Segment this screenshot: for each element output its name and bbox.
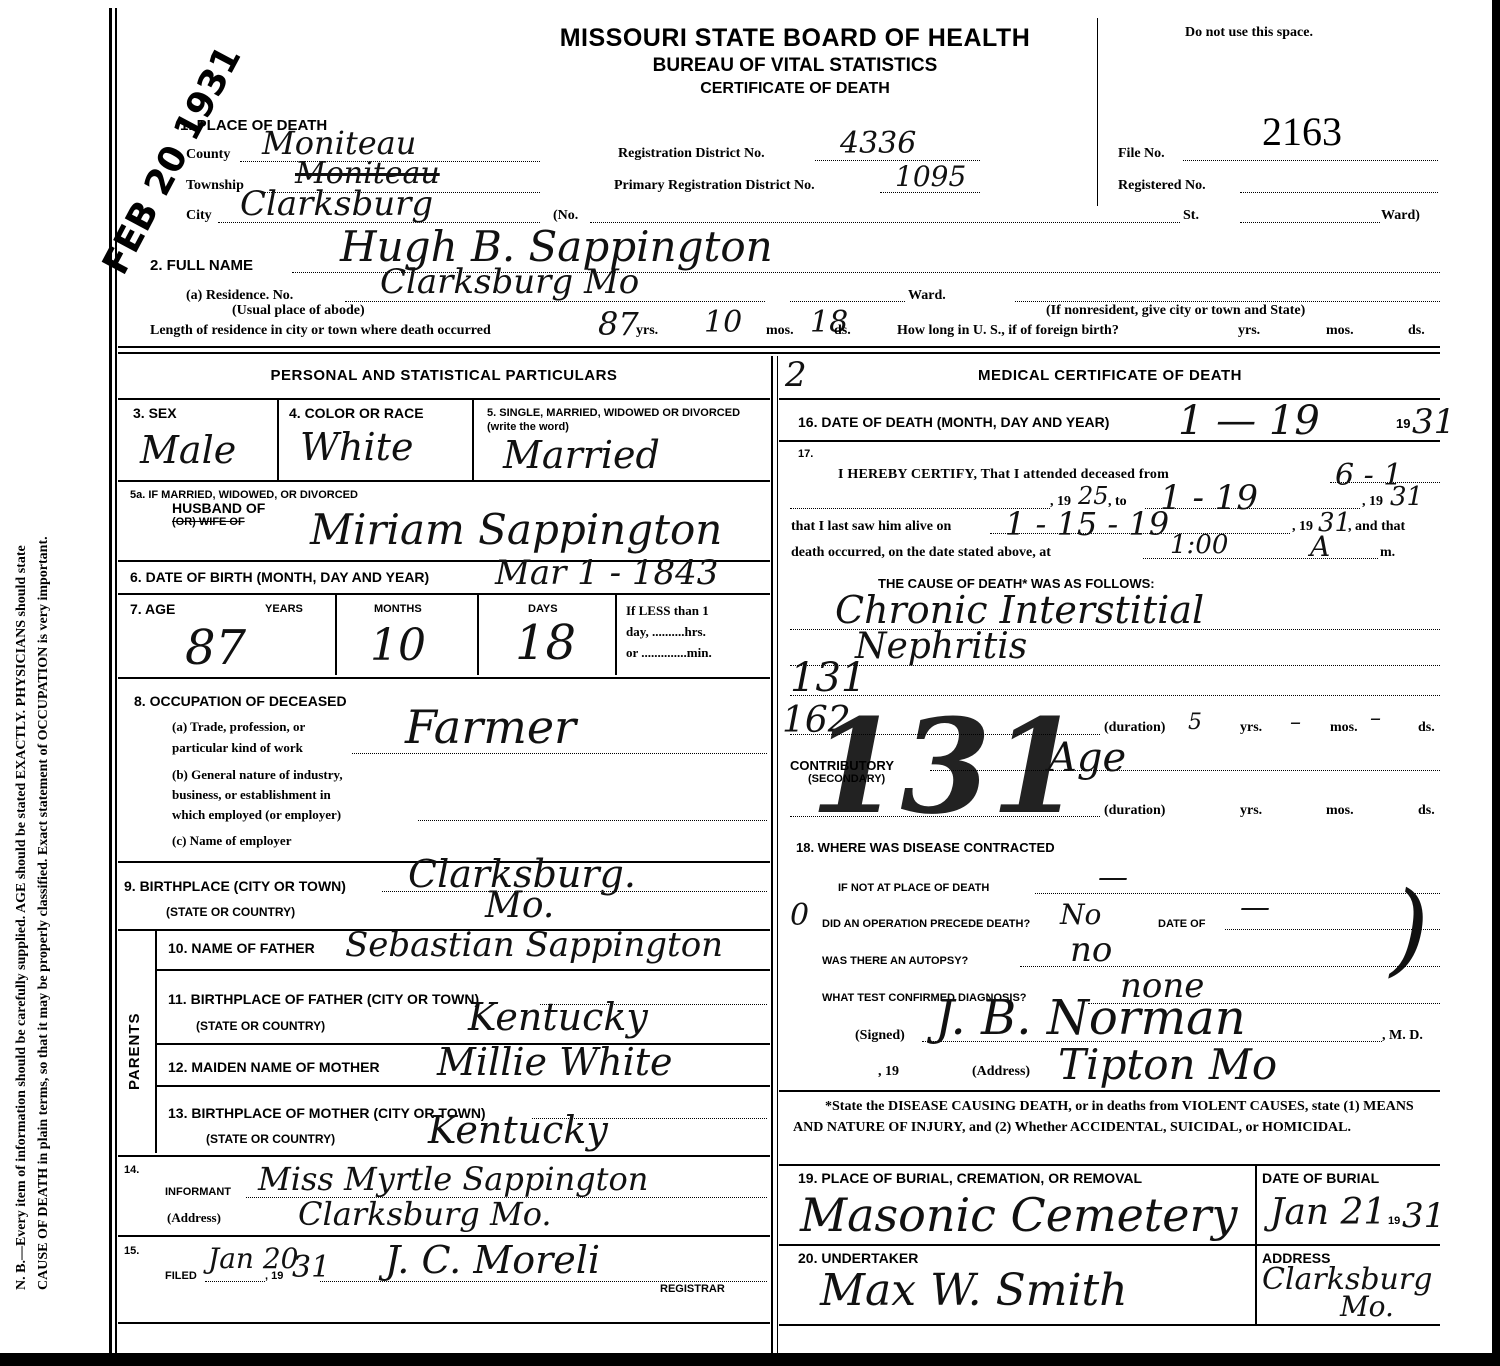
row-rule-7 bbox=[157, 969, 770, 971]
cause-line-2 bbox=[790, 665, 1440, 666]
medical-section-title: MEDICAL CERTIFICATE OF DEATH bbox=[780, 367, 1440, 384]
margin-note-line2: CAUSE OF DEATH in plain terms, so that i… bbox=[36, 536, 52, 1290]
medical-title-rule bbox=[779, 398, 1440, 400]
md-label: , M. D. bbox=[1382, 1028, 1423, 1044]
bureau-subtitle: BUREAU OF VITAL STATISTICS bbox=[500, 55, 1090, 77]
burial-place-label: 19. PLACE OF BURIAL, CREMATION, OR REMOV… bbox=[798, 1170, 1142, 1186]
certify-text: I HEREBY CERTIFY, That I attended deceas… bbox=[838, 467, 1169, 483]
duration-label-2: (duration) bbox=[1104, 803, 1165, 819]
divider-rule-2 bbox=[118, 352, 1440, 354]
duration-line-2 bbox=[790, 816, 1100, 817]
duration-ds-label-2: ds. bbox=[1418, 803, 1435, 819]
birthplace-state-label: (STATE OR COUNTRY) bbox=[166, 905, 295, 919]
length-yrs-value[interactable]: 87 bbox=[598, 305, 639, 343]
occupation-label: 8. OCCUPATION OF DECEASED bbox=[134, 693, 347, 709]
occ-b-label-2: business, or establishment in bbox=[172, 787, 331, 803]
occ-a-label-2: particular kind of work bbox=[172, 740, 303, 756]
parents-divider bbox=[155, 931, 157, 1153]
sex-label: 3. SEX bbox=[133, 405, 177, 421]
residence-ward-line bbox=[790, 301, 905, 302]
occ-b-line bbox=[418, 820, 767, 821]
divider-rule-1 bbox=[118, 346, 1440, 348]
page-title: MISSOURI STATE BOARD OF HEALTH bbox=[500, 24, 1090, 53]
foreign-yrs-label: yrs. bbox=[1238, 323, 1260, 339]
scan-border-bottom bbox=[0, 1353, 1500, 1366]
duration-yrs-value[interactable]: 5 bbox=[1188, 710, 1202, 735]
signed-year-prefix: , 19 bbox=[878, 1064, 899, 1080]
frame-left-inner-border bbox=[115, 8, 117, 1353]
filed-label: FILED bbox=[165, 1270, 197, 1282]
dod-value[interactable]: 1 — 19 bbox=[1178, 398, 1320, 444]
dod-year-prefix: 19 bbox=[1396, 416, 1410, 431]
father-name-label: 10. NAME OF FATHER bbox=[168, 940, 315, 956]
reg-district-value[interactable]: 4336 bbox=[840, 126, 916, 161]
duration-yrs-label-2: yrs. bbox=[1240, 803, 1262, 819]
column-divider bbox=[771, 356, 773, 1356]
contributory-value[interactable]: Age bbox=[1048, 735, 1126, 781]
residence-value[interactable]: Clarksburg Mo bbox=[380, 262, 639, 302]
medical-rule-1 bbox=[779, 440, 1440, 442]
row-rule-4 bbox=[118, 677, 770, 679]
filed-num: 15. bbox=[124, 1245, 139, 1257]
length-residence-label: Length of residence in city or town wher… bbox=[150, 323, 491, 339]
personal-section-title: PERSONAL AND STATISTICAL PARTICULARS bbox=[118, 367, 770, 384]
autopsy-value[interactable]: no bbox=[1070, 930, 1112, 970]
length-mos-label: mos. bbox=[766, 323, 794, 339]
father-bp-value[interactable]: Kentucky bbox=[468, 995, 648, 1039]
operation-label: DID AN OPERATION PRECEDE DEATH? bbox=[822, 918, 1030, 930]
form-name: CERTIFICATE OF DEATH bbox=[500, 80, 1090, 98]
burial-date-label: DATE OF BURIAL bbox=[1262, 1170, 1379, 1186]
sex-value[interactable]: Male bbox=[140, 428, 236, 472]
foreign-mos-label: mos. bbox=[1326, 323, 1354, 339]
signed-label: (Signed) bbox=[855, 1028, 905, 1044]
length-ds-label: ds. bbox=[834, 323, 851, 339]
do-not-use-note: Do not use this space. bbox=[1185, 25, 1313, 41]
burial-date-value[interactable]: Jan 21 bbox=[1270, 1192, 1386, 1233]
if-not-line bbox=[1035, 893, 1440, 894]
st-label: St. bbox=[1183, 208, 1199, 224]
undertaker-label: 20. UNDERTAKER bbox=[798, 1250, 918, 1266]
filed-date-line bbox=[205, 1281, 265, 1282]
age-months-divider bbox=[477, 595, 479, 675]
dod-label: 16. DATE OF DEATH (MONTH, DAY AND YEAR) bbox=[798, 414, 1109, 430]
father-name-value[interactable]: Sebastian Sappington bbox=[345, 925, 723, 965]
secondary-label: (SECONDARY) bbox=[808, 773, 885, 785]
occ-b-label-1: (b) General nature of industry, bbox=[172, 767, 343, 783]
residence-ward-label: Ward. bbox=[908, 288, 946, 304]
nonresident-note: (If nonresident, give city or town and S… bbox=[1046, 303, 1305, 319]
form-header: MISSOURI STATE BOARD OF HEALTH BUREAU OF… bbox=[500, 24, 1090, 98]
physician-address-value[interactable]: Tipton Mo bbox=[1058, 1040, 1277, 1089]
last-saw-value[interactable]: 1 - 15 - 19 bbox=[1005, 505, 1169, 543]
spouse-label-2: HUSBAND OF bbox=[172, 500, 265, 516]
file-no-value[interactable]: 2163 bbox=[1262, 108, 1342, 155]
age-days-value[interactable]: 18 bbox=[515, 615, 576, 671]
birthplace-label: 9. BIRTHPLACE (CITY OR TOWN) bbox=[124, 878, 346, 894]
race-label: 4. COLOR OR RACE bbox=[289, 405, 424, 421]
dob-value[interactable]: Mar 1 - 1843 bbox=[495, 553, 718, 593]
age-months-value[interactable]: 10 bbox=[370, 620, 426, 671]
certify-num: 17. bbox=[798, 448, 813, 460]
residence-sublabel: (Usual place of abode) bbox=[232, 303, 365, 319]
death-ampm-value[interactable]: A bbox=[1310, 530, 1330, 563]
occ-a-label-1: (a) Trade, profession, or bbox=[172, 719, 305, 735]
informant-value[interactable]: Miss Myrtle Sappington bbox=[258, 1160, 648, 1198]
age-days-label: DAYS bbox=[528, 603, 558, 615]
where-contracted-label: 18. WHERE WAS DISEASE CONTRACTED bbox=[796, 840, 1055, 855]
less-label-2: day, ..........hrs. bbox=[626, 621, 712, 642]
attended-to-year[interactable]: 31 bbox=[1390, 482, 1423, 512]
personal-title-rule bbox=[118, 398, 770, 400]
filed-year-prefix: , 19 bbox=[265, 1270, 283, 1282]
burial-date-year[interactable]: 31 bbox=[1402, 1196, 1445, 1236]
full-name-label: 2. FULL NAME bbox=[150, 257, 253, 274]
autopsy-label: WAS THERE AN AUTOPSY? bbox=[822, 955, 968, 967]
foreign-birth-label: How long in U. S., if of foreign birth? bbox=[897, 323, 1119, 339]
county-label: County bbox=[186, 147, 230, 163]
burial-bottom-rule bbox=[779, 1324, 1440, 1326]
physician-address-label: (Address) bbox=[972, 1064, 1030, 1080]
duration-yrs-label: yrs. bbox=[1240, 720, 1262, 736]
last-saw-label: that I last saw him alive on bbox=[791, 519, 951, 535]
burial-divider bbox=[1255, 1166, 1257, 1326]
mother-bp-value[interactable]: Kentucky bbox=[428, 1108, 608, 1152]
m-label: m. bbox=[1380, 545, 1395, 561]
attended-to-value[interactable]: 1 - 19 bbox=[1160, 478, 1258, 518]
age-years-label: YEARS bbox=[265, 603, 303, 615]
marital-label: 5. SINGLE, MARRIED, WIDOWED OR DIVORCED … bbox=[487, 406, 757, 434]
contributory-label: CONTRIBUTORY bbox=[790, 758, 894, 773]
if-not-label: IF NOT AT PLACE OF DEATH bbox=[838, 882, 989, 894]
less-than-day-block: If LESS than 1 day, ..........hrs. or ..… bbox=[626, 600, 712, 663]
parents-side-label: PARENTS bbox=[126, 1012, 143, 1090]
residence-label: (a) Residence. No. bbox=[186, 288, 293, 304]
occ-c-label: (c) Name of employer bbox=[172, 833, 291, 849]
duration-label-1: (duration) bbox=[1104, 720, 1165, 736]
ward-label: Ward) bbox=[1381, 208, 1420, 224]
less-label-1: If LESS than 1 bbox=[626, 600, 712, 621]
duration-ds-label: ds. bbox=[1418, 720, 1435, 736]
primary-district-label: Primary Registration District No. bbox=[614, 178, 815, 194]
length-mos-value[interactable]: 10 bbox=[704, 305, 742, 340]
duration-mos-label-2: mos. bbox=[1326, 803, 1354, 819]
burial-rule bbox=[779, 1244, 1440, 1246]
reg-district-label: Registration District No. bbox=[618, 146, 765, 162]
duration-ds-value[interactable]: – bbox=[1370, 706, 1381, 731]
race-marital-divider bbox=[472, 400, 474, 480]
cause-value-2[interactable]: Nephritis bbox=[855, 626, 1027, 667]
row-rule-9 bbox=[157, 1085, 770, 1087]
death-time-value[interactable]: 1:00 bbox=[1170, 530, 1228, 560]
registrar-signature[interactable]: J. C. Moreli bbox=[385, 1238, 600, 1282]
burial-place-value[interactable]: Masonic Cemetery bbox=[800, 1188, 1238, 1242]
margin-mark: 0 bbox=[790, 898, 809, 933]
mother-name-label: 12. MAIDEN NAME OF MOTHER bbox=[168, 1059, 380, 1075]
foreign-ds-label: ds. bbox=[1408, 323, 1425, 339]
primary-district-value[interactable]: 1095 bbox=[895, 160, 966, 193]
contributory-line bbox=[930, 770, 1440, 771]
file-no-label: File No. bbox=[1118, 146, 1165, 162]
age-years-divider bbox=[335, 595, 337, 675]
birthplace-state-value[interactable]: Mo. bbox=[485, 885, 554, 926]
frame-left-border bbox=[109, 8, 112, 1353]
marital-value[interactable]: Married bbox=[503, 433, 660, 477]
sex-race-divider bbox=[277, 400, 279, 480]
township-label: Township bbox=[186, 178, 244, 194]
ward-line bbox=[1240, 222, 1380, 223]
occ-a-value[interactable]: Farmer bbox=[405, 700, 576, 754]
spouse-value[interactable]: Miriam Sappington bbox=[310, 505, 722, 554]
father-bp-label: 11. BIRTHPLACE OF FATHER (CITY OR TOWN) bbox=[168, 991, 479, 1007]
mother-name-value[interactable]: Millie White bbox=[437, 1040, 673, 1084]
city-label: City bbox=[186, 208, 212, 224]
dob-label: 6. DATE OF BIRTH (MONTH, DAY AND YEAR) bbox=[130, 569, 429, 585]
less-label-3: or ..............min. bbox=[626, 642, 712, 663]
registrar-label: REGISTRAR bbox=[660, 1283, 725, 1295]
informant-address-label: (Address) bbox=[167, 1210, 221, 1226]
age-label: 7. AGE bbox=[130, 601, 175, 617]
registered-no-label: Registered No. bbox=[1118, 178, 1206, 194]
age-years-value[interactable]: 87 bbox=[185, 620, 246, 676]
and-that-label: , and that bbox=[1348, 519, 1405, 535]
age-days-divider bbox=[615, 595, 617, 675]
if-not-value[interactable]: — bbox=[1098, 860, 1128, 895]
informant-num: 14. bbox=[124, 1164, 139, 1176]
filed-date-value[interactable]: Jan 20 bbox=[208, 1242, 298, 1275]
age-months-label: MONTHS bbox=[374, 603, 422, 615]
city-value[interactable]: Clarksburg bbox=[240, 184, 433, 224]
race-value[interactable]: White bbox=[300, 425, 413, 469]
occ-b-label-3: which employed (or employer) bbox=[172, 807, 341, 823]
physician-signature[interactable]: J. B. Norman bbox=[935, 990, 1246, 1046]
row-rule-3 bbox=[118, 593, 770, 595]
filed-year-value[interactable]: 31 bbox=[292, 1250, 330, 1285]
burial-date-year-prefix: 19 bbox=[1388, 1215, 1400, 1227]
nonresident-line bbox=[1015, 301, 1440, 302]
date-of-value[interactable]: — bbox=[1240, 890, 1270, 925]
row-rule-1 bbox=[118, 480, 770, 482]
header-divider bbox=[1097, 18, 1098, 206]
undertaker-address-value-2[interactable]: Mo. bbox=[1340, 1290, 1394, 1323]
bracket-mark: ) bbox=[1390, 870, 1429, 987]
row-rule-10 bbox=[118, 1155, 770, 1157]
footnote: *State the DISEASE CAUSING DEATH, or in … bbox=[793, 1096, 1443, 1138]
registered-no-line bbox=[1240, 192, 1438, 193]
duration-mos-label: mos. bbox=[1330, 720, 1358, 736]
row-rule-11 bbox=[118, 1235, 770, 1237]
mother-bp-state-label: (STATE OR COUNTRY) bbox=[206, 1132, 335, 1146]
medical-rule-2 bbox=[779, 1090, 1440, 1092]
undertaker-value[interactable]: Max W. Smith bbox=[820, 1265, 1128, 1316]
dod-year-value[interactable]: 31 bbox=[1412, 402, 1455, 442]
attended-to-year-prefix: , 19 bbox=[1362, 494, 1383, 510]
operation-value[interactable]: No bbox=[1060, 898, 1101, 931]
duration-mos-value[interactable]: – bbox=[1290, 710, 1301, 735]
length-yrs-label: yrs. bbox=[636, 323, 658, 339]
date-of-label: DATE OF bbox=[1158, 918, 1205, 930]
informant-label: INFORMANT bbox=[165, 1186, 231, 1198]
scan-border-right bbox=[1492, 0, 1500, 1366]
death-at-label: death occurred, on the date stated above… bbox=[791, 545, 1051, 561]
file-no-line bbox=[1183, 160, 1438, 161]
row-rule-12 bbox=[118, 1322, 770, 1324]
spouse-label-3: (OR) WIFE OF bbox=[172, 516, 245, 528]
column-divider-inner bbox=[777, 356, 778, 1356]
informant-address-value[interactable]: Clarksburg Mo. bbox=[298, 1195, 552, 1233]
father-bp-state-label: (STATE OR COUNTRY) bbox=[196, 1019, 325, 1033]
medical-rule-3 bbox=[779, 1164, 1440, 1166]
margin-note-line1: N. B.—Every item of information should b… bbox=[14, 545, 30, 1290]
